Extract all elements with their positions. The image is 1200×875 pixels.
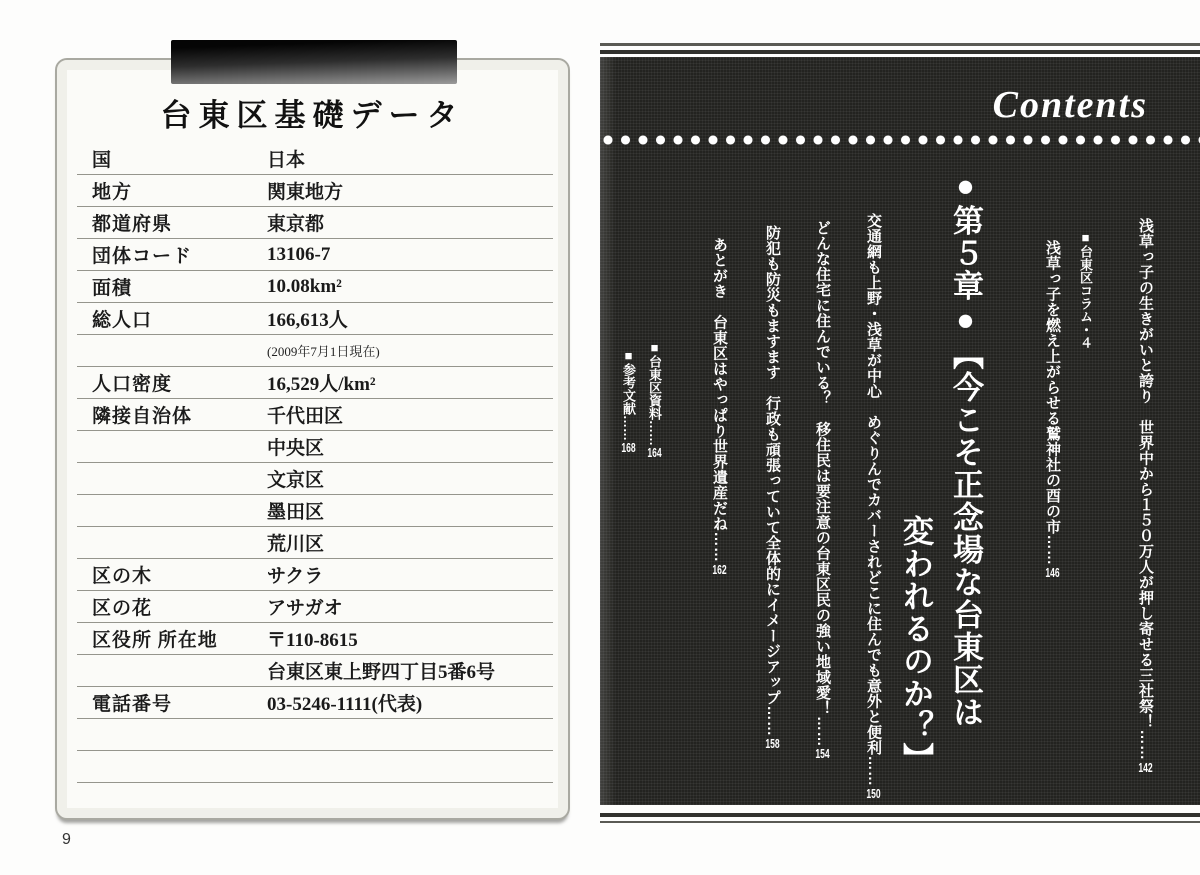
table-row: 総人口166,613人: [77, 303, 553, 335]
chapter-title-line2: 変われるのか？】: [895, 155, 935, 800]
table-row: 人口密度16,529人/km²: [77, 367, 553, 399]
row-value: 墨田区: [267, 497, 553, 524]
row-value: 東京都: [267, 209, 553, 236]
toc-entry-164: ■台東区資料……164: [646, 155, 662, 800]
row-value: 文京区: [267, 465, 553, 492]
bottom-rule-inner: [600, 813, 1200, 817]
row-label: 隣接自治体: [77, 401, 267, 428]
toc-page-number: 164: [647, 446, 662, 459]
row-value: 日本: [267, 145, 553, 172]
toc-entry-text: ■台東区資料……: [647, 340, 662, 446]
toc-page-number: 162: [712, 563, 727, 576]
page-title: 台東区基礎データ: [57, 90, 568, 135]
table-row: 電話番号03-5246-1111(代表): [77, 687, 553, 719]
contents-heading: Contents: [993, 83, 1148, 127]
table-row: 隣接自治体千代田区: [77, 399, 553, 431]
row-value: サクラ: [267, 561, 553, 588]
toc-entry-text: 防犯も防災もますます 行政も頑張っていて全体的にイメージアップ……: [764, 225, 781, 737]
chapter-title-line1: ●第５章●【今こそ正念場な台東区は: [945, 155, 985, 800]
row-value: 13106-7: [267, 244, 553, 266]
table-row: 面積10.08km²: [77, 271, 553, 303]
row-label: 人口密度: [77, 369, 267, 396]
toc-entry-150: 交通網も上野・浅草が中心 めぐりんでカバーされどこに住んでも意外と便利……150: [864, 155, 883, 800]
table-row: 文京区: [77, 463, 553, 495]
row-value: 関東地方: [267, 177, 553, 204]
row-label: 区役所 所在地: [77, 625, 267, 652]
toc-entry-146: ■台東区コラム・４ 浅草っ子を燃え上がらせる鷲神社の酉の市……146: [1043, 155, 1093, 800]
table-row-empty: [77, 751, 553, 783]
toc-page-number: 154: [815, 747, 830, 760]
row-label: 団体コード: [77, 241, 267, 268]
toc-entry-text: 浅草っ子の生きがいと誇り 世界中から１５０万人が押し寄せる三社祭！……: [1137, 218, 1154, 761]
toc-entry-text: 浅草っ子を燃え上がらせる鷲神社の酉の市……: [1044, 240, 1061, 566]
table-row: 区の花アサガオ: [77, 591, 553, 623]
clipboard-clip: [171, 40, 457, 84]
top-rule-inner: [600, 50, 1200, 54]
table-row: 区役所 所在地〒110-8615: [77, 623, 553, 655]
contents-page: Contents 浅草っ子の生きがいと誇り 世界中から１５０万人が押し寄せる三社…: [600, 0, 1200, 875]
table-row-empty: [77, 719, 553, 751]
table-row: 地方関東地方: [77, 175, 553, 207]
table-row: 中央区: [77, 431, 553, 463]
toc-column-label: ■台東区コラム・４: [1077, 155, 1093, 800]
toc-entry-text: あとがき 台東区はやっぱり世界遺産だね……: [711, 237, 728, 563]
top-rule-outer: [600, 43, 1200, 46]
row-note: (2009年7月1日現在): [267, 341, 553, 360]
table-row: 墨田区: [77, 495, 553, 527]
row-label: 国: [77, 145, 267, 172]
toc-entry-168: ■参考文献……168: [620, 155, 636, 800]
row-label: 区の木: [77, 561, 267, 588]
table-row: 国日本: [77, 143, 553, 175]
toc-page-number: 142: [1138, 761, 1153, 774]
table-row: 都道府県東京都: [77, 207, 553, 239]
row-value: 〒110-8615: [267, 625, 553, 652]
toc-page-number: 158: [765, 737, 780, 750]
bottom-rule-outer: [600, 821, 1200, 823]
clipboard-panel: 台東区基礎データ 国日本 地方関東地方 都道府県東京都 団体コード13106-7…: [55, 58, 570, 820]
toc-entry-text: ■参考文献……: [621, 348, 636, 441]
toc-entry-text: 交通網も上野・浅草が中心 めぐりんでカバーされどこに住んでも意外と便利……: [865, 213, 882, 787]
row-value: 10.08km²: [267, 276, 553, 298]
page-number: 9: [62, 831, 71, 849]
row-value: 荒川区: [267, 529, 553, 556]
table-row: 区の木サクラ: [77, 559, 553, 591]
table-row-note: (2009年7月1日現在): [77, 335, 553, 367]
row-value: 16,529人/km²: [267, 369, 553, 396]
toc-entry-162: あとがき 台東区はやっぱり世界遺産だね……162: [710, 155, 729, 800]
contents-black-field: Contents 浅草っ子の生きがいと誇り 世界中から１５０万人が押し寄せる三社…: [600, 57, 1200, 805]
row-value: 中央区: [267, 433, 553, 460]
row-value: 台東区東上野四丁目5番6号: [267, 657, 553, 684]
row-label: 地方: [77, 177, 267, 204]
toc-entry-text: 浅草っ子を燃え上がらせる鷲神社の酉の市……146: [1043, 155, 1062, 800]
basic-data-table: 国日本 地方関東地方 都道府県東京都 団体コード13106-7 面積10.08k…: [77, 143, 553, 783]
row-value: 03-5246-1111(代表): [267, 689, 553, 716]
row-value: 千代田区: [267, 401, 553, 428]
toc-entry-158: 防犯も防災もますます 行政も頑張っていて全体的にイメージアップ……158: [763, 155, 782, 800]
toc-page-number: 146: [1045, 566, 1060, 579]
row-label: 電話番号: [77, 689, 267, 716]
row-label: 都道府県: [77, 209, 267, 236]
toc-page-number: 168: [621, 441, 636, 454]
toc-entry-142: 浅草っ子の生きがいと誇り 世界中から１５０万人が押し寄せる三社祭！……142: [1136, 155, 1155, 800]
toc-page-number: 150: [866, 787, 881, 800]
table-row: 台東区東上野四丁目5番6号: [77, 655, 553, 687]
dotted-divider: [600, 134, 1200, 146]
row-value: アサガオ: [267, 593, 553, 620]
toc-entry-154: どんな住宅に住んでいる？ 移住民は要注意の台東区民の強い地域愛！……154: [813, 155, 832, 800]
table-row: 荒川区: [77, 527, 553, 559]
table-row: 団体コード13106-7: [77, 239, 553, 271]
toc-entry-text: どんな住宅に住んでいる？ 移住民は要注意の台東区民の強い地域愛！……: [814, 220, 831, 747]
row-label: 総人口: [77, 305, 267, 332]
row-value: 166,613人: [267, 305, 553, 332]
row-label: 区の花: [77, 593, 267, 620]
row-label: 面積: [77, 273, 267, 300]
table-of-contents: 浅草っ子の生きがいと誇り 世界中から１５０万人が押し寄せる三社祭！……142 ■…: [608, 155, 1155, 800]
